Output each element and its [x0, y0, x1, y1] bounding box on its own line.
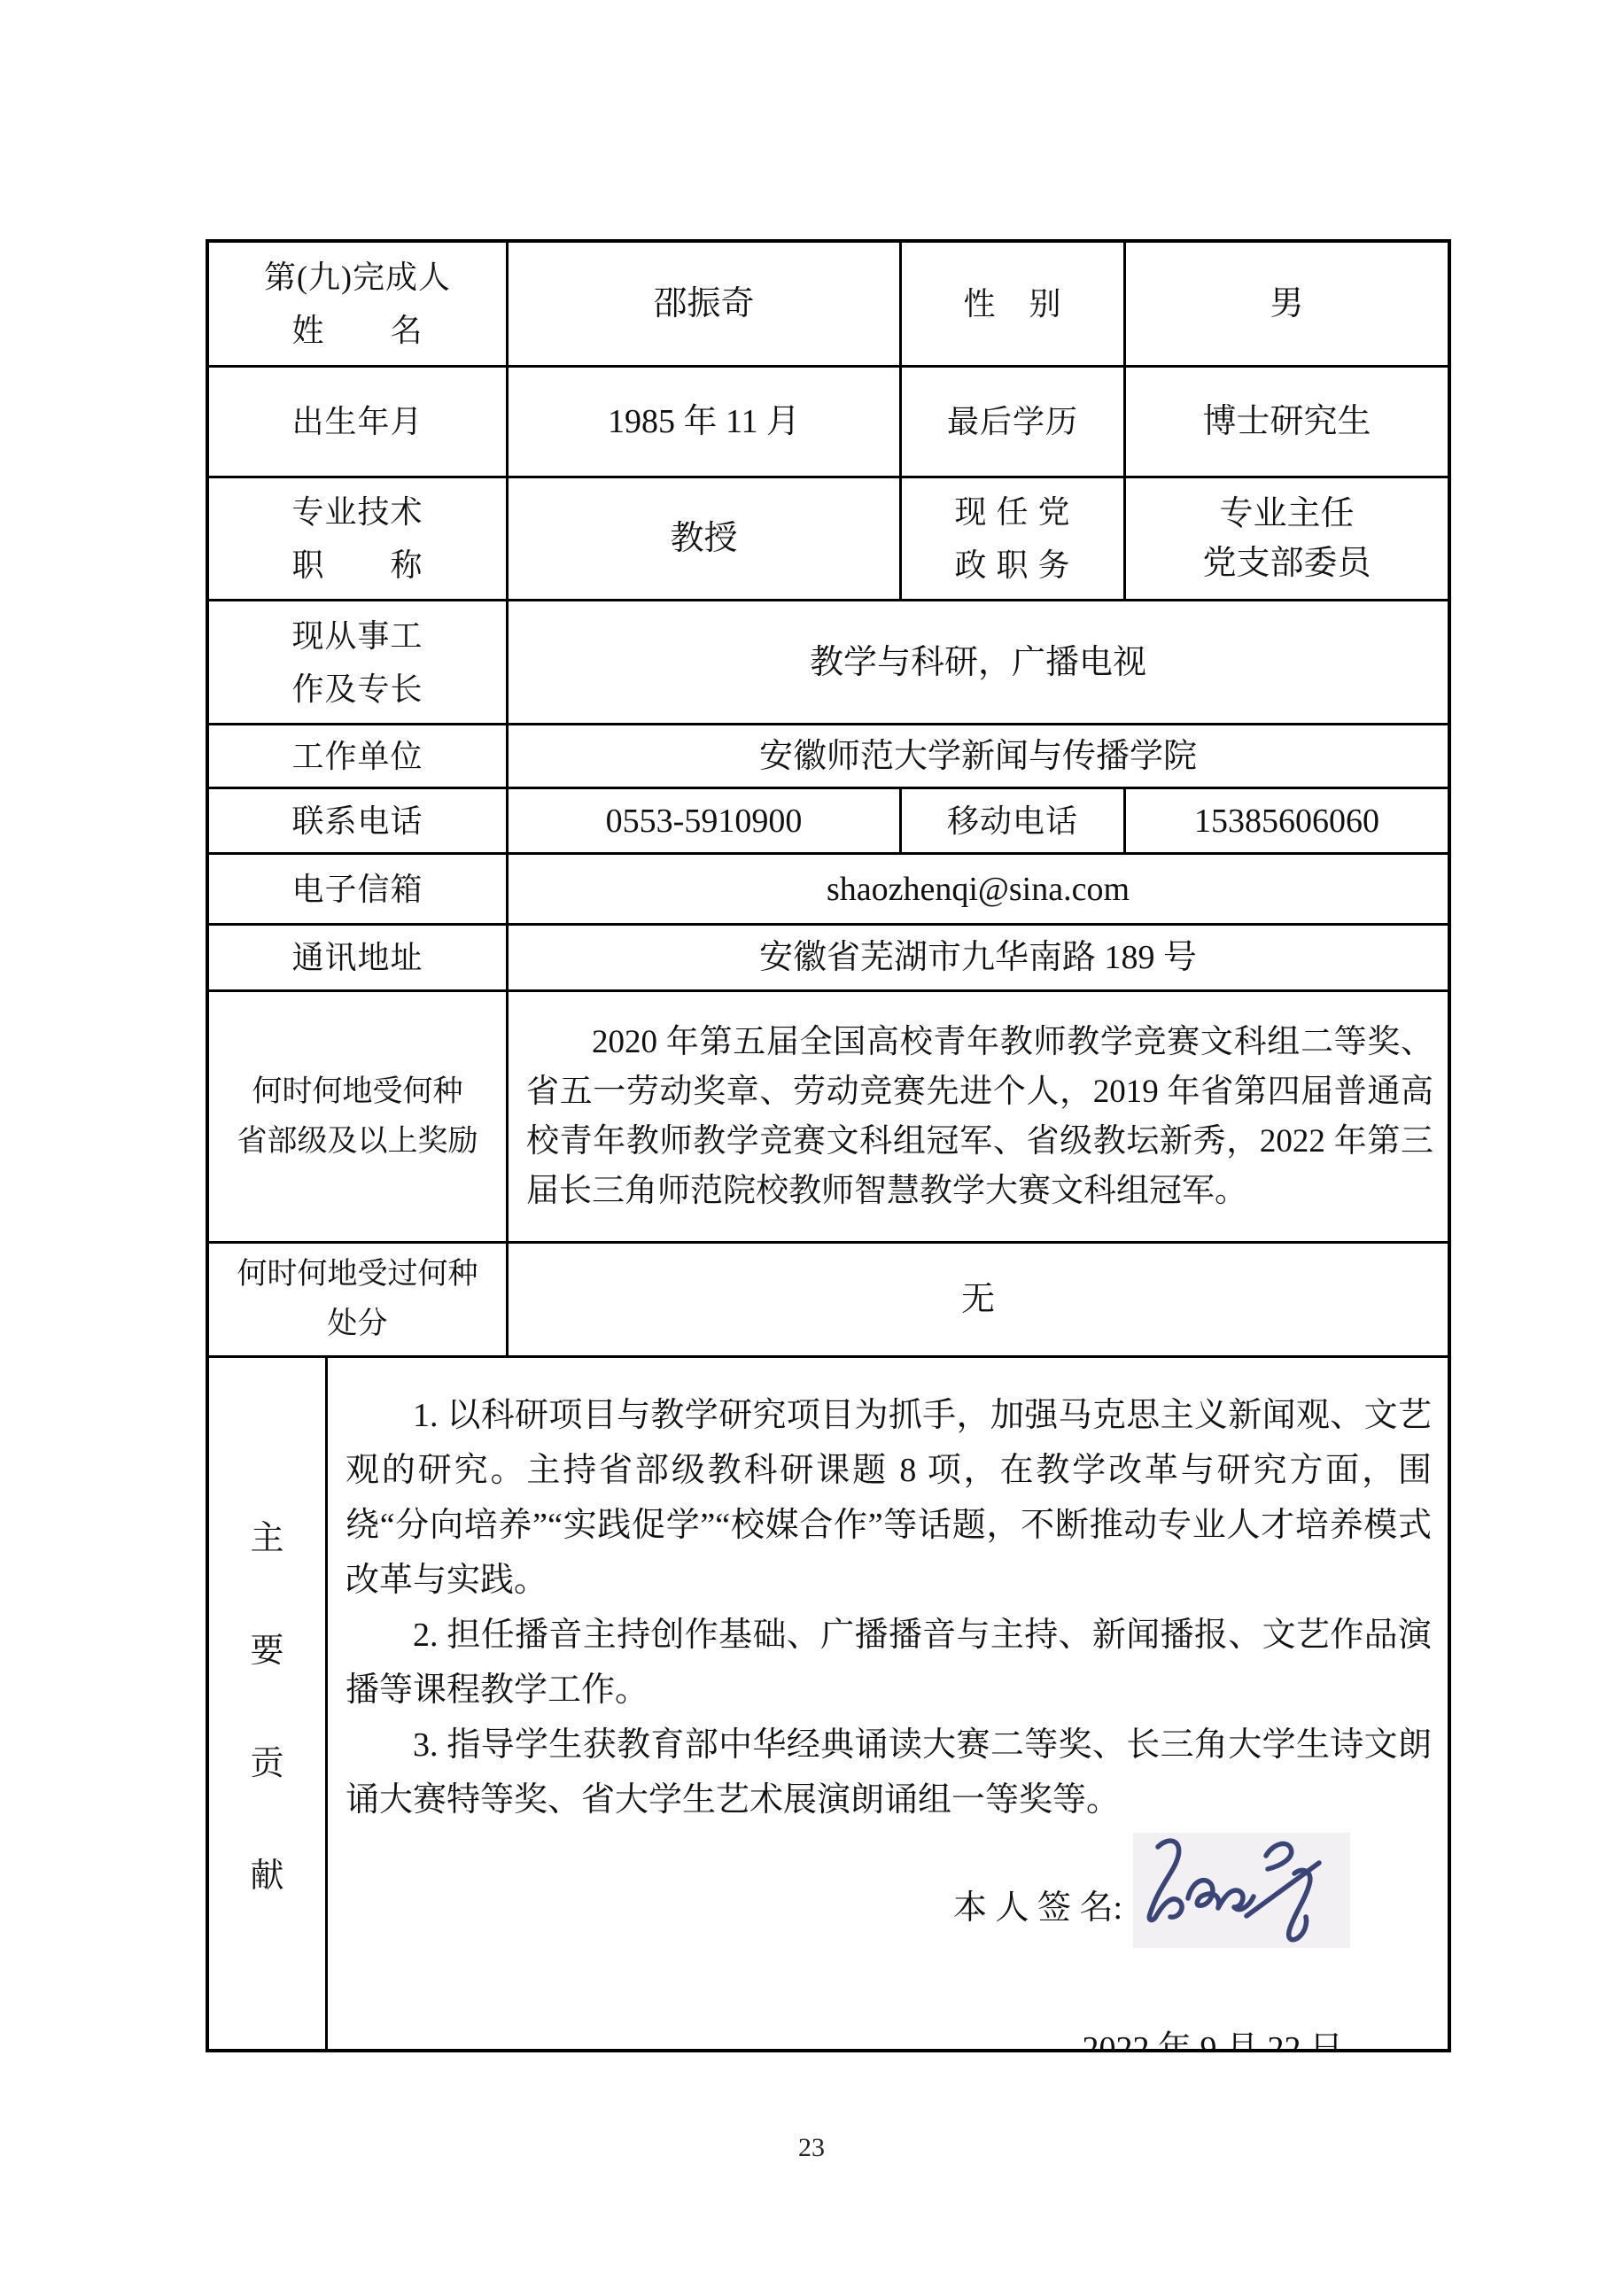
punishment-value: 无: [961, 1275, 995, 1324]
punishment-label-cell: 何时何地受过何种 处分: [209, 1244, 506, 1355]
row-contribution: 主 要 贡 献 1. 以科研项目与教学研究项目为抓手，加强马克思主义新闻观、文艺…: [209, 1355, 1448, 2049]
row-name-gender: 第(九)完成人 姓 名 邵振奇 性 别 男: [209, 243, 1448, 365]
birth-value-cell: 1985 年 11 月: [506, 368, 899, 476]
row-employer: 工作单位 安徽师范大学新闻与传播学院: [209, 723, 1448, 787]
birth-value: 1985 年 11 月: [608, 397, 800, 446]
contribution-label-char-3: 贡: [250, 1735, 283, 1784]
phone-value-cell: 0553-5910900: [506, 789, 899, 852]
awards-text: 2020 年第五届全国高校青年教师教学竞赛文科组二等奖、省五一劳动奖章、劳动竞赛…: [509, 1012, 1448, 1222]
address-value: 安徽省芜湖市九华南路 189 号: [759, 933, 1197, 982]
contribution-value-cell: 1. 以科研项目与教学研究项目为抓手，加强马克思主义新闻观、文艺观的研究。主持省…: [325, 1358, 1448, 2049]
work-label-line1: 现从事工: [291, 609, 423, 663]
row-punishment: 何时何地受过何种 处分 无: [209, 1241, 1448, 1355]
employer-label-cell: 工作单位: [209, 725, 506, 787]
title-value-cell: 教授: [506, 478, 899, 599]
mobile-label-cell: 移动电话: [899, 789, 1123, 852]
awards-label-cell: 何时何地受何种 省部级及以上奖励: [209, 992, 506, 1241]
email-label-cell: 电子信箱: [209, 855, 506, 923]
title-value: 教授: [670, 514, 737, 563]
gender-label: 性 别: [963, 277, 1061, 330]
address-value-cell: 安徽省芜湖市九华南路 189 号: [506, 926, 1448, 989]
email-label: 电子信箱: [291, 863, 423, 916]
awards-label-line1: 何时何地受何种: [252, 1067, 463, 1117]
work-value-cell: 教学与科研，广播电视: [506, 601, 1448, 723]
party-value-line1: 专业主任: [1219, 489, 1354, 539]
employer-value-cell: 安徽师范大学新闻与传播学院: [506, 725, 1448, 787]
signature-image: [1133, 1833, 1350, 1948]
gender-value-cell: 男: [1123, 243, 1448, 365]
education-label-cell: 最后学历: [899, 368, 1123, 476]
title-label-line1: 专业技术: [291, 485, 423, 539]
phone-value: 0553-5910900: [606, 796, 803, 846]
employer-value: 安徽师范大学新闻与传播学院: [759, 732, 1197, 781]
address-label-cell: 通讯地址: [209, 926, 506, 989]
education-label: 最后学历: [947, 395, 1078, 448]
page-number: 23: [0, 2133, 1623, 2163]
work-label-cell: 现从事工 作及专长: [209, 601, 506, 723]
name-value: 邵振奇: [653, 279, 754, 329]
signature-label: 本 人 签 名:: [953, 1880, 1122, 1928]
awards-value-cell: 2020 年第五届全国高校青年教师教学竞赛文科组二等奖、省五一劳动奖章、劳动竞赛…: [506, 992, 1448, 1241]
signature-row: 本 人 签 名:: [346, 1833, 1432, 1974]
personnel-table: 第(九)完成人 姓 名 邵振奇 性 别 男 出生年月 1985 年 11 月 最…: [206, 239, 1451, 2052]
document-page: 第(九)完成人 姓 名 邵振奇 性 别 男 出生年月 1985 年 11 月 最…: [0, 0, 1623, 2296]
work-value: 教学与科研，广播电视: [810, 638, 1146, 687]
punishment-value-cell: 无: [506, 1244, 1448, 1355]
row-birth-education: 出生年月 1985 年 11 月 最后学历 博士研究生: [209, 365, 1448, 476]
party-label-line2: 政 职 务: [954, 539, 1070, 592]
contribution-label-char-2: 要: [250, 1623, 283, 1672]
birth-label-cell: 出生年月: [209, 368, 506, 476]
email-value-cell: shaozhenqi@sina.com: [506, 855, 1448, 923]
name-label-line1: 第(九)完成人: [264, 251, 451, 304]
punishment-label-line1: 何时何地受过何种: [237, 1250, 478, 1299]
row-current-work: 现从事工 作及专长 教学与科研，广播电视: [209, 599, 1448, 723]
party-value-line2: 党支部委员: [1202, 539, 1371, 588]
row-phones: 联系电话 0553-5910900 移动电话 15385606060: [209, 787, 1448, 852]
contribution-label-char-1: 主: [250, 1510, 283, 1559]
name-value-cell: 邵振奇: [506, 243, 899, 365]
row-awards: 何时何地受何种 省部级及以上奖励 2020 年第五届全国高校青年教师教学竞赛文科…: [209, 989, 1448, 1241]
name-label-cell: 第(九)完成人 姓 名: [209, 243, 506, 365]
party-label-cell: 现 任 党 政 职 务: [899, 478, 1123, 599]
mobile-value-cell: 15385606060: [1123, 789, 1448, 852]
title-label-line2: 职 称: [291, 539, 423, 592]
mobile-label: 移动电话: [947, 795, 1078, 848]
name-label-line2: 姓 名: [291, 304, 423, 357]
email-value: shaozhenqi@sina.com: [827, 865, 1130, 914]
education-value: 博士研究生: [1202, 397, 1371, 446]
punishment-label-line2: 处分: [328, 1299, 388, 1349]
contribution-label-char-4: 献: [250, 1848, 283, 1897]
employer-label: 工作单位: [291, 730, 423, 783]
address-label: 通讯地址: [291, 931, 423, 984]
birth-label: 出生年月: [291, 395, 423, 448]
row-title-party: 专业技术 职 称 教授 现 任 党 政 职 务 专业主任 党支部委员: [209, 476, 1448, 599]
party-label-line1: 现 任 党: [954, 485, 1070, 539]
contribution-paragraph-1: 1. 以科研项目与教学研究项目为抓手，加强马克思主义新闻观、文艺观的研究。主持省…: [346, 1388, 1432, 1608]
phone-label-cell: 联系电话: [209, 789, 506, 852]
phone-label: 联系电话: [291, 795, 423, 848]
row-address: 通讯地址 安徽省芜湖市九华南路 189 号: [209, 923, 1448, 989]
gender-label-cell: 性 别: [899, 243, 1123, 365]
title-label-cell: 专业技术 职 称: [209, 478, 506, 599]
awards-label-line2: 省部级及以上奖励: [237, 1117, 478, 1167]
party-value-cell: 专业主任 党支部委员: [1123, 478, 1448, 599]
contribution-paragraph-3: 3. 指导学生获教育部中华经典诵读大赛二等奖、长三角大学生诗文朗诵大赛特等奖、省…: [346, 1718, 1432, 1827]
row-email: 电子信箱 shaozhenqi@sina.com: [209, 852, 1448, 923]
signature-date: 2022 年 9 月 22 日: [346, 2021, 1432, 2049]
education-value-cell: 博士研究生: [1123, 368, 1448, 476]
work-label-line2: 作及专长: [291, 663, 423, 716]
mobile-value: 15385606060: [1194, 796, 1379, 846]
contribution-paragraph-2: 2. 担任播音主持创作基础、广播播音与主持、新闻播报、文艺作品演播等课程教学工作…: [346, 1608, 1432, 1718]
contribution-label-cell: 主 要 贡 献: [209, 1358, 325, 2049]
gender-value: 男: [1270, 279, 1303, 329]
